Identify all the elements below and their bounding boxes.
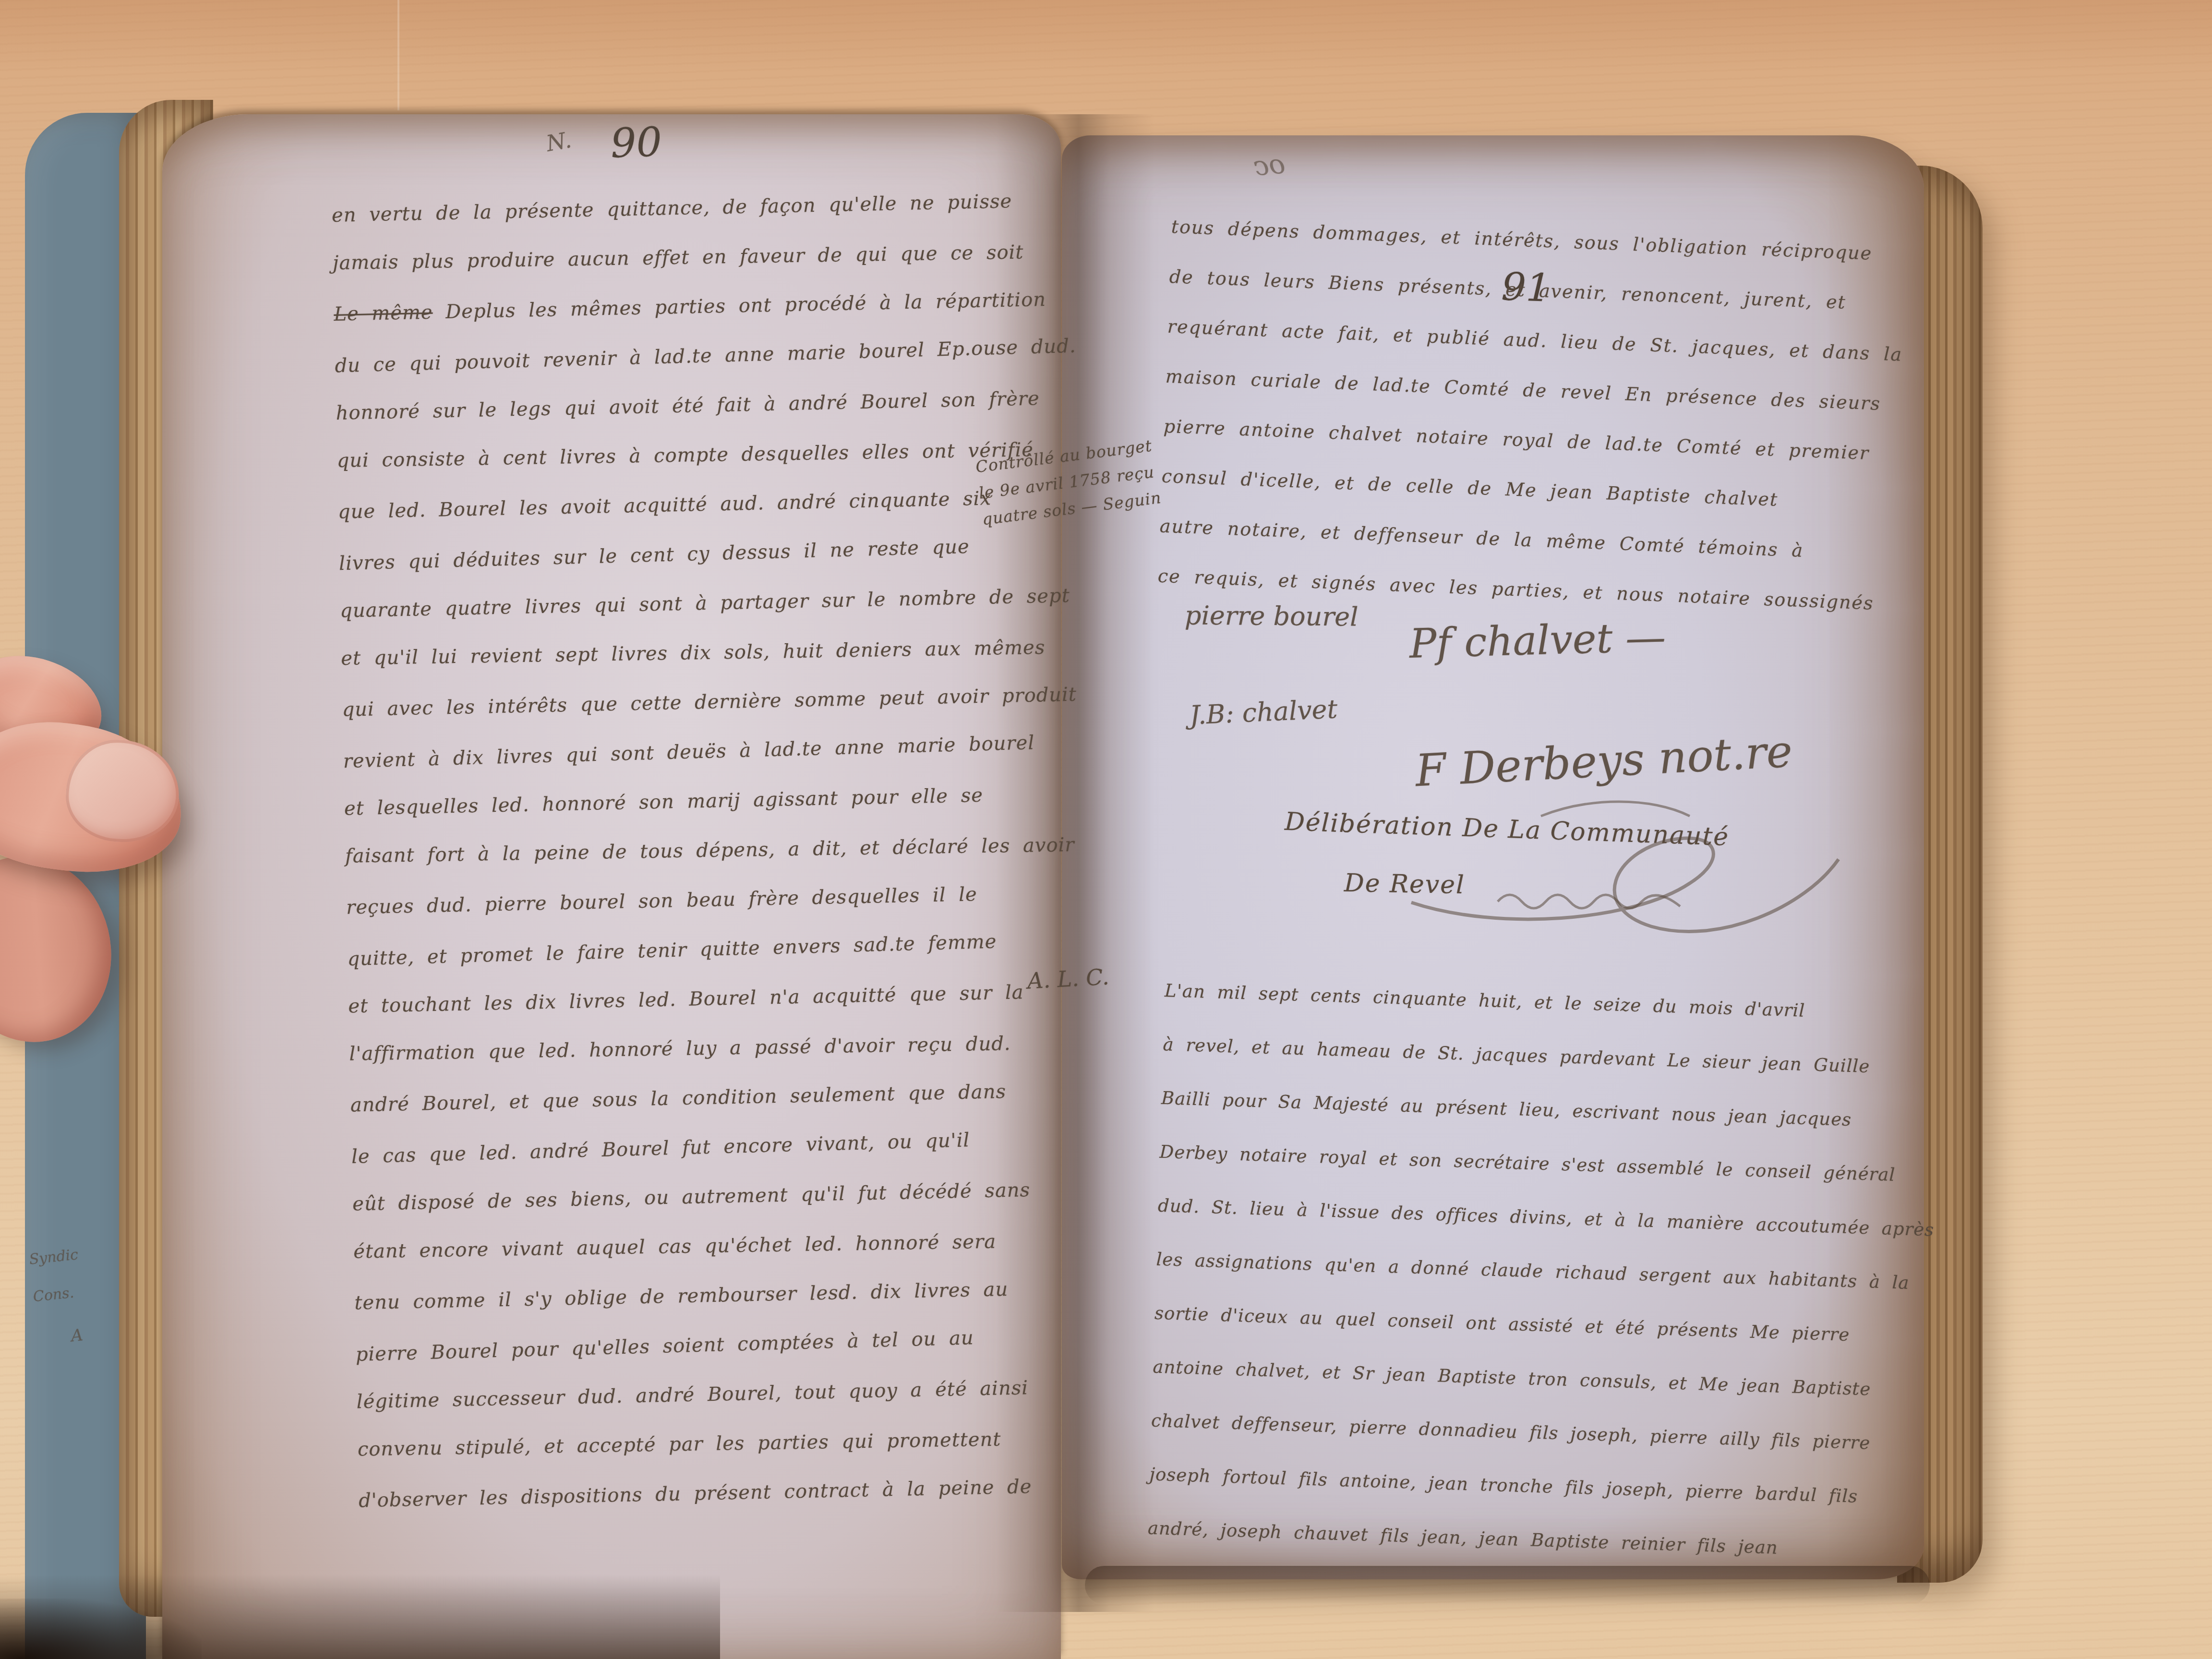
deliberation-heading-line2: De Revel	[1344, 869, 1465, 900]
struck-words: Le même	[334, 301, 433, 325]
manuscript-line-text: Deplus les mêmes parties ont procédé à l…	[445, 289, 1046, 323]
right-page-contract-text: tous dépens dommages, et intérêts, sous …	[1157, 202, 1892, 628]
heading-flourish	[1493, 882, 1733, 916]
left-page-number: 90	[610, 118, 662, 167]
bottom-left-deep-shadow	[0, 1599, 202, 1659]
fragment-line: Cons.	[31, 1274, 84, 1316]
clerk-initials: A. L. C.	[1027, 964, 1110, 994]
signature-jb-chalvet: J.B: chalvet	[1189, 694, 1338, 730]
folio-number-prefix: N.	[544, 127, 574, 156]
fragment-line: A	[35, 1310, 89, 1363]
fragment-line: Syndic	[27, 1236, 80, 1278]
right-page-deliberation-text: L'an mil sept cents cinquante huit, et l…	[1147, 964, 1895, 1578]
left-page-text: en vertu de la présente quittance, de fa…	[331, 176, 1070, 1526]
signature-paraph-flourish	[1382, 787, 1863, 950]
wood-grain-seam	[397, 0, 399, 110]
signature-pierre-bourel: pierre bourel	[1185, 600, 1358, 632]
ink-offset-mark: oc	[1252, 148, 1286, 182]
signature-chalvet-notaire: Pf chalvet —	[1409, 613, 1666, 667]
table-top-shading	[0, 0, 2212, 72]
